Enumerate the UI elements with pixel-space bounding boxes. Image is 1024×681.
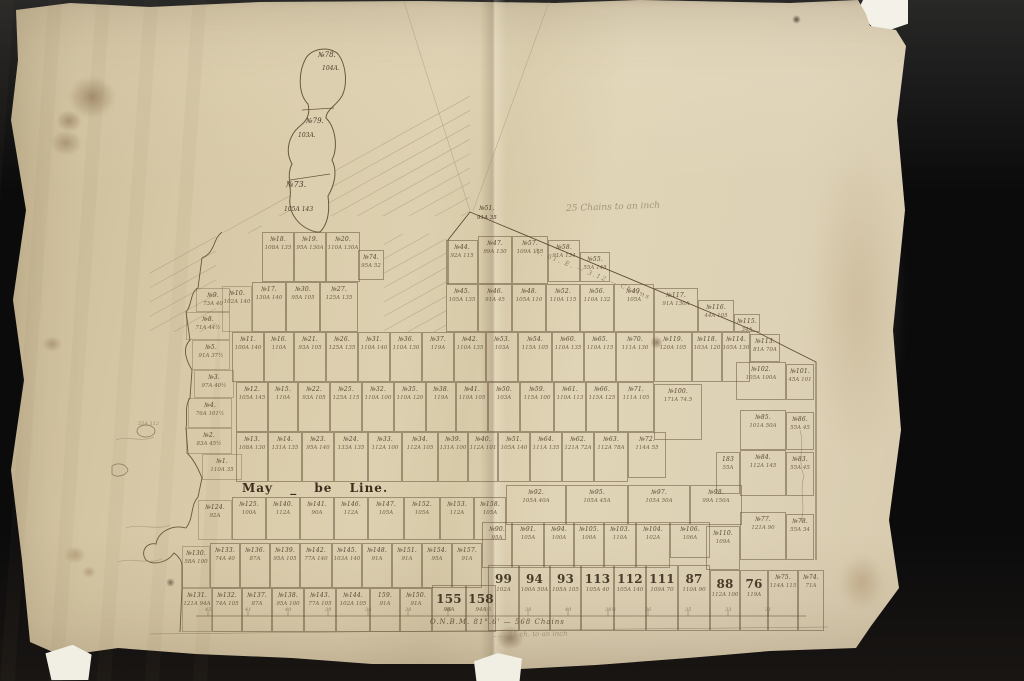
chain-tick: 33: [725, 608, 731, 613]
chain-measure-row: 4541403938383635384038½36353331: [0, 0, 1024, 681]
chain-tick: 36: [645, 608, 651, 613]
chain-tick: 41: [245, 608, 251, 613]
chain-tick: 38: [525, 608, 531, 613]
chain-tick: 38: [365, 608, 371, 613]
chain-tick: 35: [685, 608, 691, 613]
chain-tick: 36: [445, 608, 451, 613]
chain-tick: 40: [565, 608, 571, 613]
chain-tick: 39: [325, 608, 331, 613]
chain-tick: 38: [405, 608, 411, 613]
chain-tick: 38½: [605, 608, 616, 613]
chain-tick: 35: [485, 608, 491, 613]
chain-tick: 45: [205, 608, 211, 613]
chain-tick: 31: [765, 608, 771, 613]
chain-tick: 40: [285, 608, 291, 613]
scanned-plat-map: №18.108A 135№19.95A 130A№20.110A 130A№74…: [0, 0, 1024, 681]
